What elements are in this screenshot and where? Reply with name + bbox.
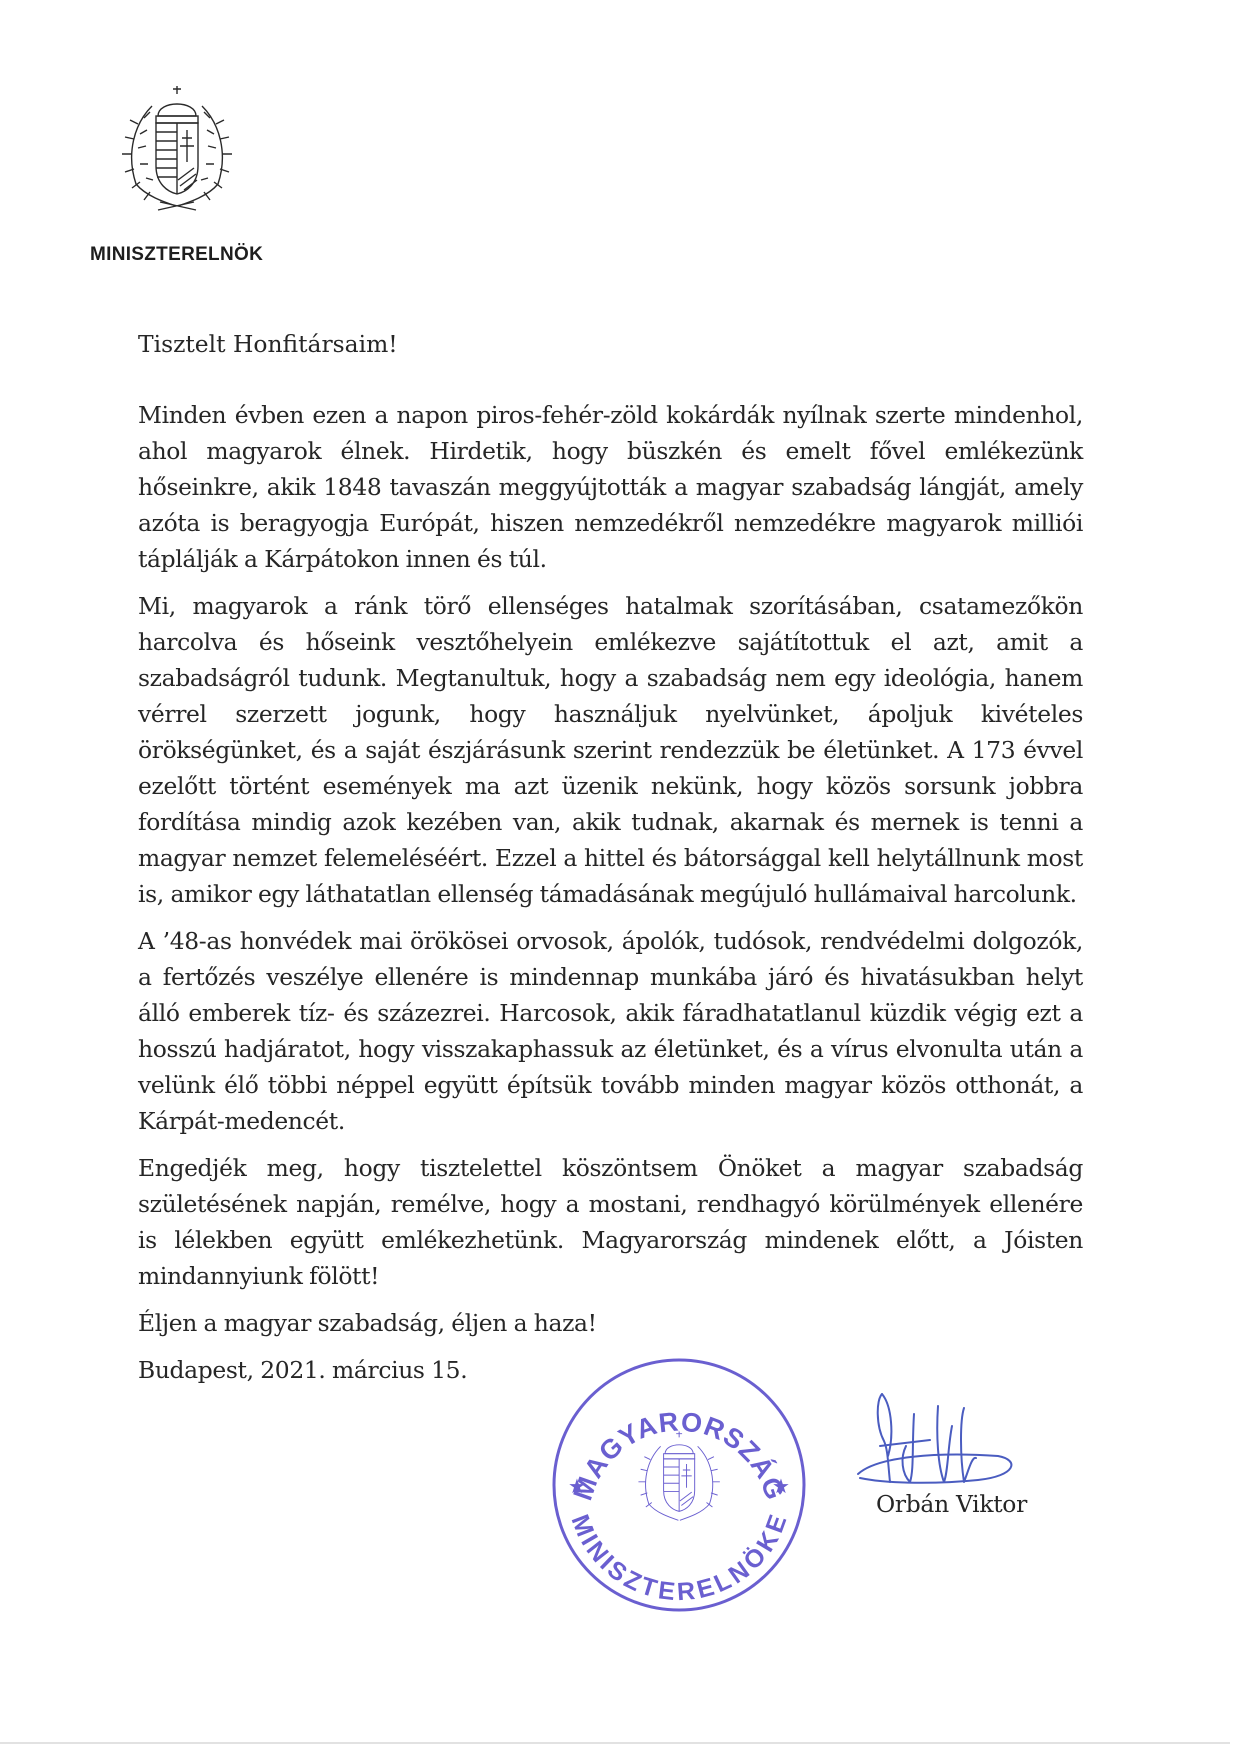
paragraph-1: Minden évben ezen a napon piros-fehér-zö… bbox=[138, 397, 1083, 577]
page-bottom-edge bbox=[0, 1742, 1230, 1744]
office-title: MINISZTERELNÖK bbox=[90, 244, 263, 266]
letter-page: MINISZTERELNÖK Tisztelt Honfitársaim! Mi… bbox=[0, 0, 1240, 1752]
svg-text:MINISZTERELNÖKE: MINISZTERELNÖKE bbox=[566, 1511, 793, 1606]
stamp-star-left-icon: ★ bbox=[568, 1474, 586, 1498]
stamp-bottom-text: MINISZTERELNÖKE bbox=[566, 1511, 793, 1606]
signer-name: Orbán Viktor bbox=[876, 1490, 1027, 1518]
paragraph-4: Engedjék meg, hogy tisztelettel köszönts… bbox=[138, 1150, 1083, 1294]
salutation: Tisztelt Honfitársaim! bbox=[138, 326, 1083, 362]
official-stamp-icon: MAGYARORSZÁG MINISZTERELNÖKE ★ ★ bbox=[546, 1352, 812, 1618]
paragraph-2: Mi, magyarok a ránk törő ellenséges hata… bbox=[138, 588, 1083, 912]
letter-body: Minden évben ezen a napon piros-fehér-zö… bbox=[138, 397, 1083, 1399]
coat-of-arms-icon bbox=[116, 84, 238, 212]
signature-icon bbox=[848, 1386, 1028, 1486]
paragraph-3: A ’48-as honvédek mai örökösei orvosok, … bbox=[138, 923, 1083, 1139]
stamp-star-right-icon: ★ bbox=[772, 1474, 790, 1498]
closing-exclamation: Éljen a magyar szabadság, éljen a haza! bbox=[138, 1305, 1083, 1341]
